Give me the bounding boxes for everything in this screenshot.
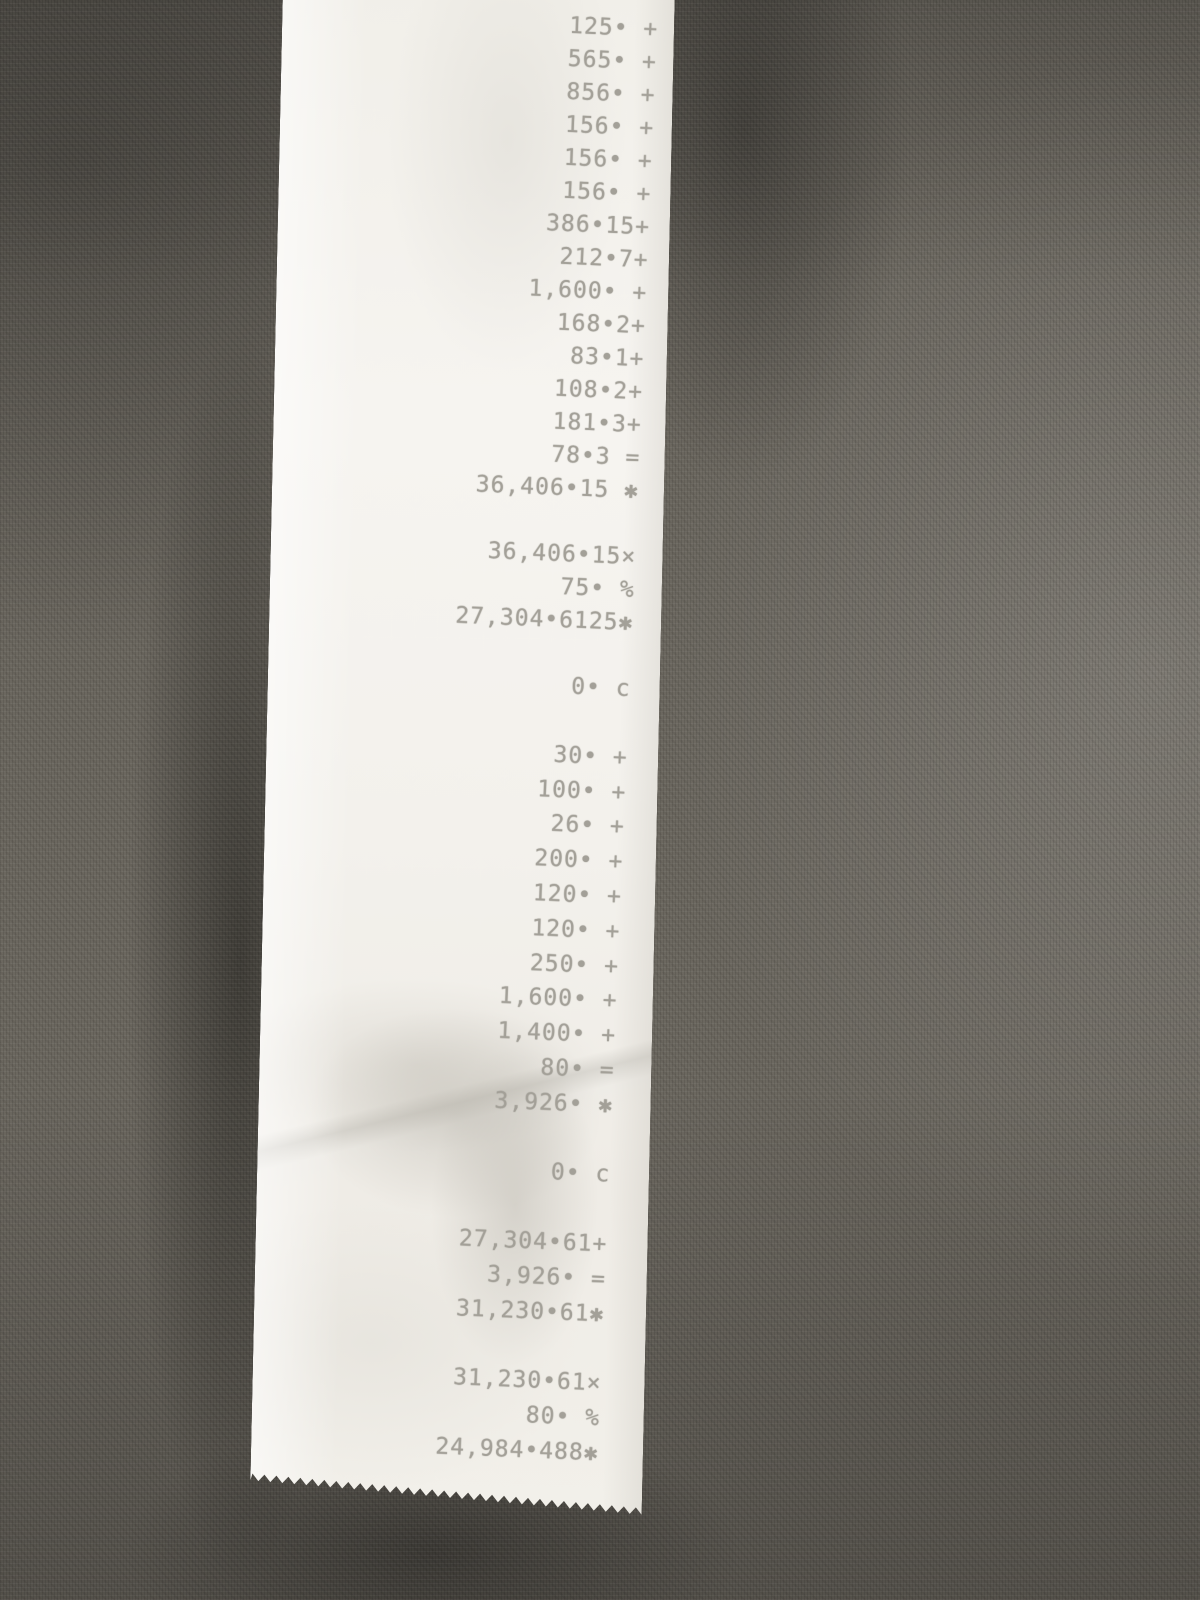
photo-of-receipt: 125• +565• +856• +156• +156• +156• +386•… xyxy=(0,0,1200,1600)
receipt-tape: 125• +565• +856• +156• +156• +156• +386•… xyxy=(219,0,675,1533)
tape-lower-section: 30• +100• +26• +200• +120• +120• +250• +… xyxy=(221,690,630,1471)
tape-upper-section: 125• +565• +856• +156• +156• +156• +386•… xyxy=(253,0,659,706)
receipt-paper: 125• +565• +856• +156• +156• +156• +386•… xyxy=(249,0,675,1534)
